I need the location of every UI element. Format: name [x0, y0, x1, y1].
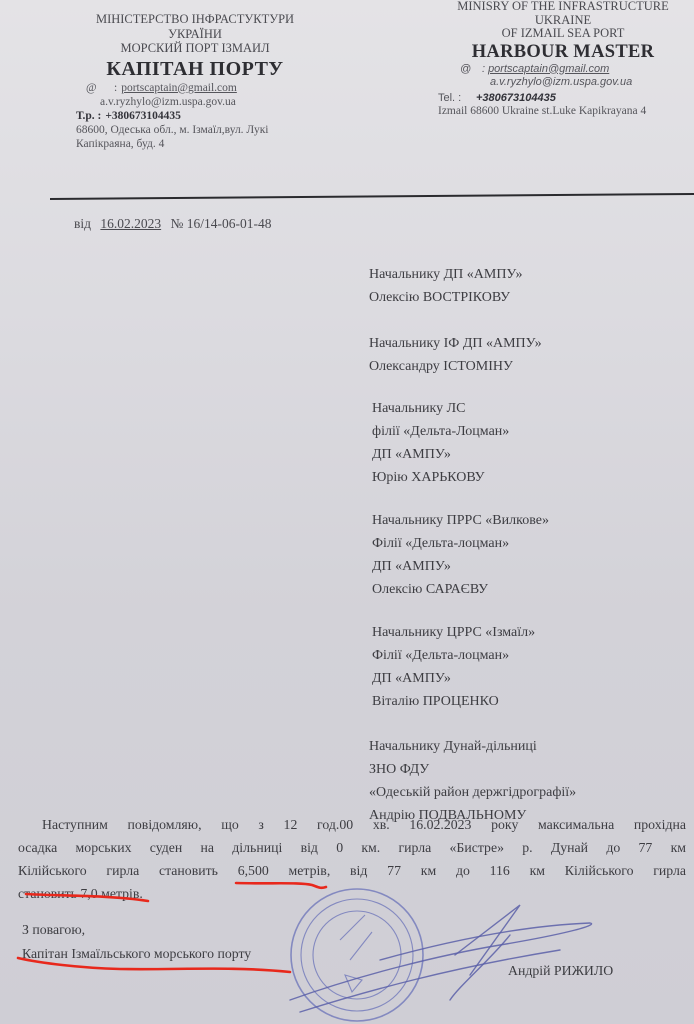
port-name-en: OF IZMAIL SEA PORT	[432, 27, 694, 41]
addressee-block: Начальнику ЦРРС «Ізмаїл» Філії «Дельта-л…	[372, 621, 535, 713]
document-number: 16/14-06-01-48	[187, 216, 272, 231]
phone-row-ua: Т.р. : +380673104435	[76, 109, 330, 123]
at-icon: @	[460, 63, 482, 77]
regards: З повагою,	[22, 918, 251, 942]
email-row-en: @ : portscaptain@gmail.com	[460, 63, 694, 77]
phone-number-ua: +380673104435	[105, 109, 181, 123]
addressee-block: Начальнику ІФ ДП «АМПУ» Олександру ІСТОМ…	[369, 332, 542, 378]
letterhead-ua: МІНІСТЕРСТВО ІНФРАСТУКТУРИ УКРАЇНИ МОРСК…	[60, 12, 330, 151]
addressee-block: Начальнику ДП «АМПУ» Олексію ВОСТРІКОВУ	[369, 263, 522, 309]
closing-block: З повагою, Капітан Ізмаїльського морсько…	[22, 918, 251, 966]
signer-position: Капітан Ізмаїльського морського порту	[22, 942, 251, 966]
document-date: 16.02.2023	[100, 216, 161, 231]
email-link-secondary-en[interactable]: a.v.ryzhylo@izm.uspa.gov.ua	[460, 76, 694, 90]
email-link-secondary-ua[interactable]: a.v.ryzhylo@izm.uspa.gov.ua	[86, 95, 330, 109]
addressee-block: Начальнику ЛС філії «Дельта-Лоцман» ДП «…	[372, 397, 509, 489]
country-en: UKRAINE	[432, 14, 694, 28]
email-row-ua: @ : portscaptain@gmail.com	[86, 81, 330, 95]
phone-number-en: +380673104435	[476, 92, 556, 106]
ministry-name-ua: МІНІСТЕРСТВО ІНФРАСТУКТУРИ	[60, 12, 330, 27]
email-link-primary-ua[interactable]: portscaptain@gmail.com	[121, 81, 237, 95]
address-en: Izmail 68600 Ukraine st.Luke Kapikrayana…	[438, 105, 694, 119]
letterhead-title-ua: КАПІТАН ПОРТУ	[60, 57, 330, 81]
addressee-block: Начальнику ПРРС «Вилкове» Філії «Дельта-…	[372, 509, 549, 601]
letterhead-en: MINISRY OF THE INFRASTRUCTURE UKRAINE OF…	[432, 0, 694, 119]
letterhead-divider	[50, 193, 694, 200]
document-page: МІНІСТЕРСТВО ІНФРАСТУКТУРИ УКРАЇНИ МОРСК…	[0, 0, 694, 1024]
highlighted-draft-value: 6,500 метрів	[238, 863, 327, 878]
at-icon: @	[86, 81, 114, 95]
highlighted-draft-value-2: становить 7,0 метрів	[18, 886, 139, 901]
port-name-ua: МОРСКИЙ ПОРТ ІЗМАИЛ	[60, 41, 330, 56]
email-link-primary-en[interactable]: portscaptain@gmail.com	[488, 63, 609, 77]
phone-row-en: Tel. : +380673104435	[438, 92, 694, 106]
signature-icon	[290, 905, 592, 1012]
signer-name: Андрій РИЖИЛО	[508, 963, 613, 979]
country-ua: УКРАЇНИ	[60, 27, 330, 42]
ministry-name-en: MINISRY OF THE INFRASTRUCTURE	[432, 0, 694, 14]
address-line2-ua: Капікраяна, буд. 4	[76, 137, 330, 151]
document-reference: від 16.02.2023 № 16/14-06-01-48	[74, 216, 272, 232]
notice-body: Наступним повідомляю, що з 12 год.00 хв.…	[18, 813, 686, 905]
letterhead-title-en: HARBOUR MASTER	[432, 41, 694, 63]
address-line1-ua: 68600, Одеська обл., м. Ізмаїл,вул. Лукі	[76, 123, 330, 137]
official-stamp-icon	[291, 889, 423, 1021]
